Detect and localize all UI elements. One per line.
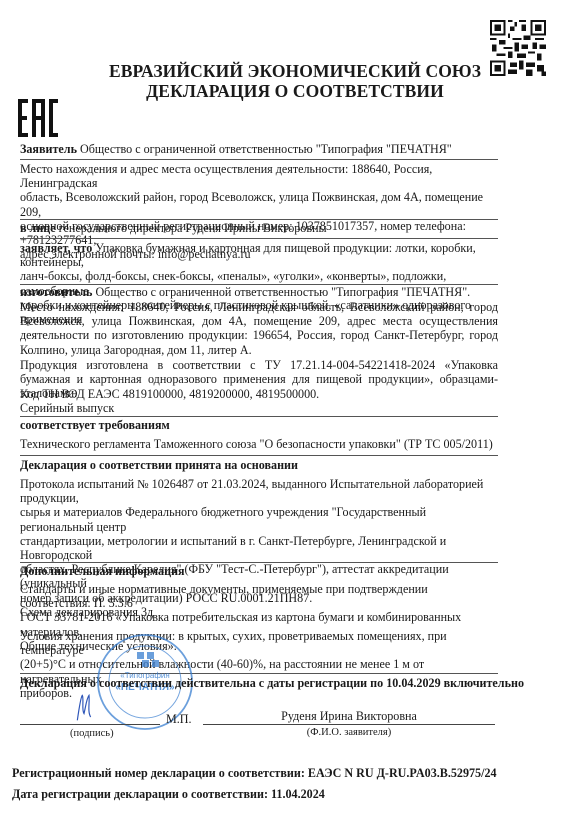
storage-line: Условия хранения продукции: в крытых, су… <box>20 629 498 657</box>
divider <box>20 238 498 239</box>
applicant-value: Общество с ограниченной ответственностью… <box>77 142 452 156</box>
applicant-label: Заявитель <box>20 142 77 156</box>
registration-date: Дата регистрации декларации о соответств… <box>12 787 552 801</box>
divider <box>20 673 498 674</box>
complies-value: Технического регламента Таможенного союз… <box>20 437 498 451</box>
divider <box>20 159 498 160</box>
signer-name-caption: (Ф.И.О. заявителя) <box>203 727 495 738</box>
represented-by-row: в лице генерального директора Руденя Ири… <box>20 221 498 235</box>
basis-label: Декларация о соответствии принята на осн… <box>20 458 498 472</box>
represented-by-value: генерального директора Руденя Ирины Викт… <box>56 221 327 235</box>
divider <box>20 219 498 220</box>
manufacturer-label: изготовитель <box>20 285 92 299</box>
registration-number: Регистрационный номер декларации о соотв… <box>12 766 552 780</box>
release-type: Серийный выпуск <box>20 401 498 415</box>
signature-icon <box>74 690 94 724</box>
declares-label: заявляет, что <box>20 241 92 255</box>
divider <box>20 416 498 417</box>
signature-line <box>20 724 160 725</box>
name-line <box>203 724 495 725</box>
manufacturer-value: Общество с ограниченной ответственностью… <box>92 285 470 299</box>
document-title: ЕВРАЗИЙСКИЙ ЭКОНОМИЧЕСКИЙ СОЮЗ ДЕКЛАРАЦИ… <box>60 61 530 101</box>
basis-line: стандартизации, метрологии и испытаний в… <box>20 534 498 562</box>
address-line: область, Всеволожский район, город Всево… <box>20 190 498 218</box>
seal-label: М.П. <box>166 712 206 726</box>
manufacturer-address: Место нахождения: 188640, Россия, Ленинг… <box>20 300 498 357</box>
represented-by-label: в лице <box>20 221 56 235</box>
divider <box>20 455 498 456</box>
standards-line: Стандарты и иные нормативные документы, … <box>20 582 498 610</box>
address-line: Место нахождения и адрес места осуществл… <box>20 162 498 190</box>
basis-line: Протокола испытаний № 1026487 от 21.03.2… <box>20 477 498 505</box>
validity-statement: Декларация о соответствии действительна … <box>20 676 540 690</box>
applicant-row: Заявитель Общество с ограниченной ответс… <box>20 142 498 156</box>
additional-info-label: Дополнительная информация <box>20 564 498 578</box>
eac-logo-icon <box>18 99 58 137</box>
signer-name: Руденя Ирина Викторовна <box>203 709 495 723</box>
signature-caption: (подпись) <box>70 728 114 739</box>
hs-code: Код ТН ВЭД ЕАЭС 4819100000, 4819200000, … <box>20 387 498 401</box>
title-union: ЕВРАЗИЙСКИЙ ЭКОНОМИЧЕСКИЙ СОЮЗ <box>60 61 530 81</box>
manufacturer-row: изготовитель Общество с ограниченной отв… <box>20 285 498 299</box>
title-declaration: ДЕКЛАРАЦИЯ О СООТВЕТСТВИИ <box>60 81 530 101</box>
complies-label: соответствует требованиям <box>20 418 498 432</box>
divider <box>20 562 498 563</box>
basis-line: сырья и материалов Федерального бюджетно… <box>20 505 498 533</box>
